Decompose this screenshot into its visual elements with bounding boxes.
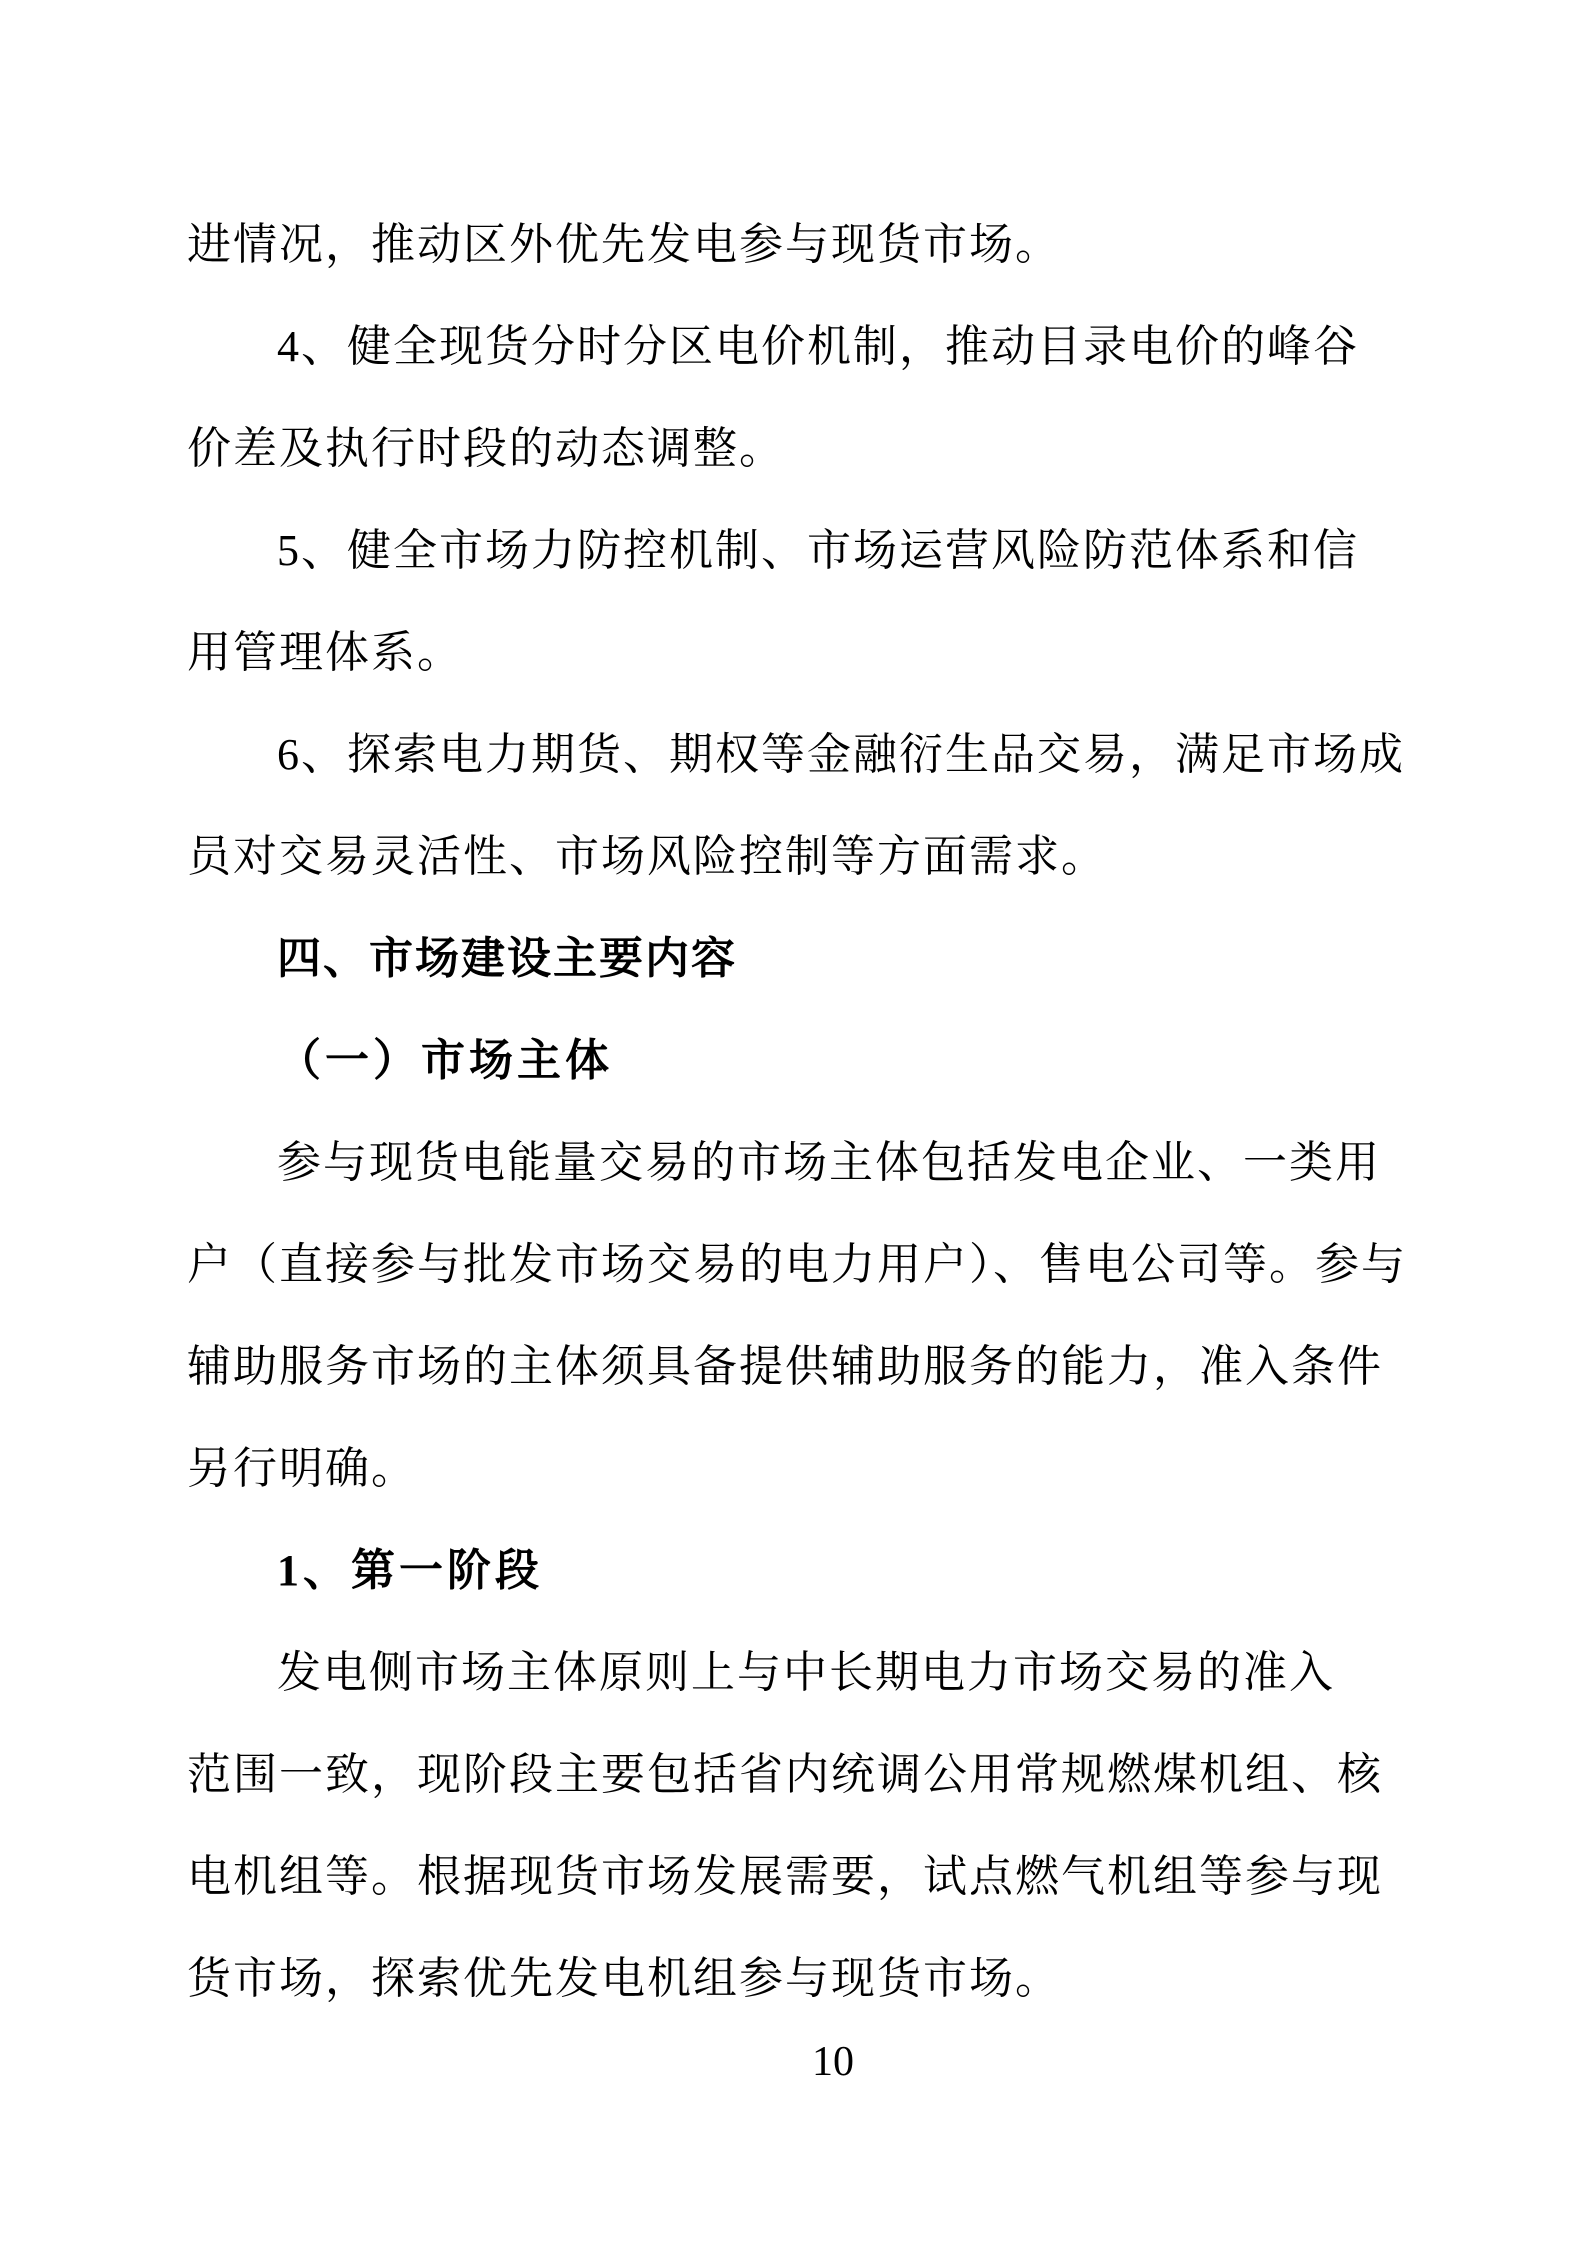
document-page: 进情况，推动区外优先发电参与现货市场。4、健全现货分时分区电价机制，推动目录电价…: [0, 0, 1587, 2245]
section-heading3: 1、第一阶段: [187, 1520, 1367, 1622]
text-line: 货市场，探索优先发电机组参与现货市场。: [187, 1928, 1367, 2030]
text-line: 员对交易灵活性、市场风险控制等方面需求。: [187, 806, 1367, 908]
document-body: 进情况，推动区外优先发电参与现货市场。4、健全现货分时分区电价机制，推动目录电价…: [187, 194, 1367, 2030]
text-line: 辅助服务市场的主体须具备提供辅助服务的能力，准入条件: [187, 1316, 1367, 1418]
text-line: 电机组等。根据现货市场发展需要，试点燃气机组等参与现: [187, 1826, 1367, 1928]
text-line: 6、探索电力期货、期权等金融衍生品交易，满足市场成: [187, 704, 1367, 806]
section-heading1: 四、市场建设主要内容: [187, 908, 1367, 1010]
text-line: 价差及执行时段的动态调整。: [187, 398, 1367, 500]
text-line: 4、健全现货分时分区电价机制，推动目录电价的峰谷: [187, 296, 1367, 398]
text-line: 另行明确。: [187, 1418, 1367, 1520]
text-line: 发电侧市场主体原则上与中长期电力市场交易的准入: [187, 1622, 1367, 1724]
text-line: 5、健全市场力防控机制、市场运营风险防范体系和信: [187, 500, 1367, 602]
text-line: 进情况，推动区外优先发电参与现货市场。: [187, 194, 1367, 296]
text-line: 参与现货电能量交易的市场主体包括发电企业、一类用: [187, 1112, 1367, 1214]
section-heading2: （一）市场主体: [187, 1010, 1367, 1112]
text-line: 范围一致，现阶段主要包括省内统调公用常规燃煤机组、核: [187, 1724, 1367, 1826]
text-line: 用管理体系。: [187, 602, 1367, 704]
text-line: 户（直接参与批发市场交易的电力用户）、售电公司等。参与: [187, 1214, 1367, 1316]
page-number: 10: [803, 2038, 863, 2086]
